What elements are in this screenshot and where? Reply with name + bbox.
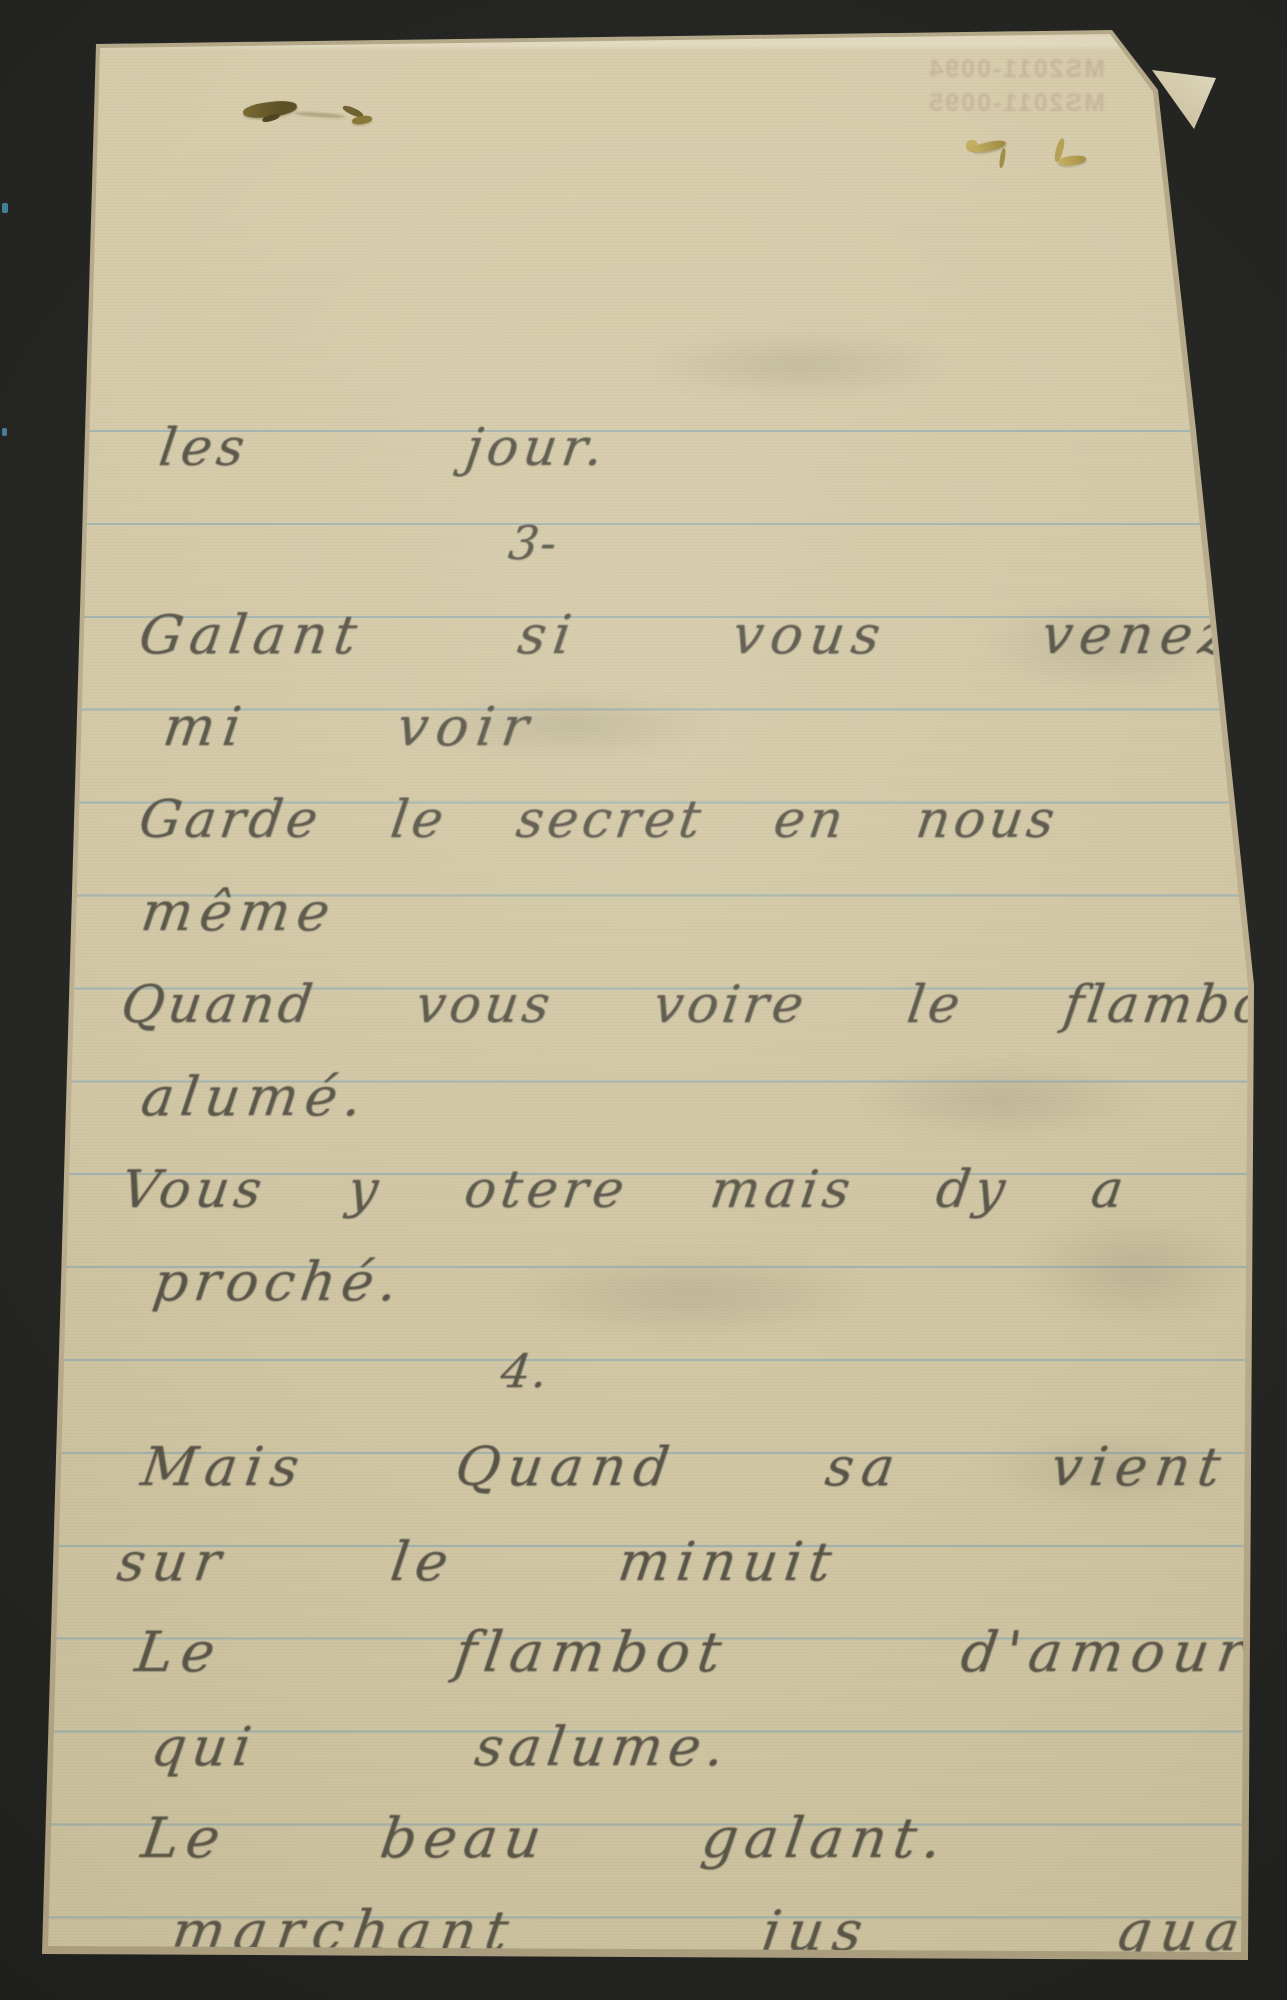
- bleedthrough-smudge: [1020, 1210, 1250, 1330]
- scan-speck: [2, 428, 7, 436]
- bleedthrough-smudge: [850, 1060, 1150, 1140]
- staple-prong-icon: [1058, 154, 1087, 166]
- handwriting-line-16: Le beau galant.: [138, 1811, 952, 1867]
- stanza-number-4: 4.: [498, 1348, 552, 1394]
- scan-speck: [2, 203, 8, 213]
- bleedthrough-stamp-line2: MS2011-0095: [905, 86, 1105, 120]
- handwriting-line-7: Quand vous voire le flambot: [118, 979, 1287, 1031]
- staple-right: [966, 136, 1101, 186]
- handwriting-line-6: même: [138, 885, 340, 939]
- handwriting-line-4: mi voir: [160, 700, 540, 754]
- handwriting-line-12: Mais Quand sa vient: [138, 1440, 1232, 1494]
- bleedthrough-smudge: [500, 1250, 880, 1340]
- paper-crease: [295, 111, 345, 118]
- handwriting-line-3: Galant si vous venez: [136, 608, 1239, 662]
- handwriting-line-1: les jour.: [156, 422, 611, 474]
- stanza-number-3: 3-: [506, 520, 561, 566]
- bleedthrough-stamp-line1: MS2011-0094: [905, 52, 1105, 86]
- handwriting-line-9: Vous y otere mais dy a: [118, 1164, 1131, 1216]
- paper-page: MS2011-0094 MS2011-0095 les jour. 3- Gal…: [44, 34, 1254, 1959]
- handwriting-line-5: Garde le secret en nous: [136, 794, 1061, 846]
- bleedthrough-stamp: MS2011-0094 MS2011-0095: [905, 52, 1105, 132]
- scan-background: MS2011-0094 MS2011-0095 les jour. 3- Gal…: [0, 0, 1287, 2000]
- handwriting-line-13: sur le minuit: [114, 1535, 842, 1589]
- bleedthrough-smudge: [640, 330, 960, 400]
- handwriting-line-10: proché.: [150, 1255, 407, 1309]
- handwriting-line-15: qui salume.: [148, 1720, 734, 1774]
- handwriting-line-8: alumé.: [138, 1070, 372, 1124]
- staple-left: [239, 98, 389, 143]
- staple-prong-icon: [998, 148, 1006, 169]
- handwriting-line-14: Le flambot d'amoure: [132, 1625, 1287, 1681]
